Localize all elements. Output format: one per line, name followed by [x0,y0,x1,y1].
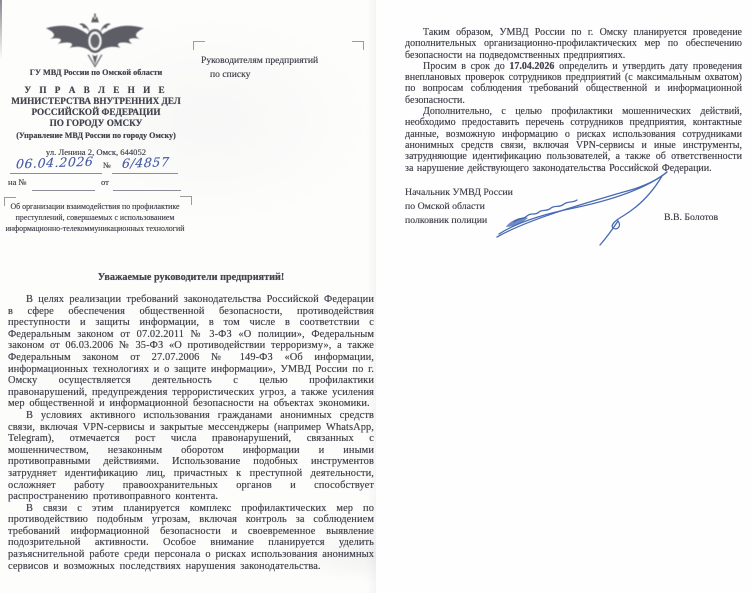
scanned-letter: ГУ МВД России по Омской области У П Р А … [0,0,752,593]
org-name-line2: МИНИСТЕРСТВА ВНУТРЕННИХ ДЕЛ [8,96,184,107]
scan-edge-artifact [0,0,2,60]
handwritten-signature-icon [494,165,686,251]
ref-na-underline [32,189,95,191]
ref-na-label: на № [8,177,27,187]
reg-number-underline [112,172,178,174]
mvd-eagle-emblem-icon [44,13,146,69]
addressee: Руководителям предприятий по списку [201,54,357,81]
addressee-line1: Руководителям предприятий [201,54,357,68]
ref-ot-underline [113,189,181,191]
letterhead: ГУ МВД России по Омской области У П Р А … [8,67,184,158]
body-paragraph-5: Просим в срок до 17.04.2026 определить и… [405,61,742,106]
signer-name: В.В. Болотов [664,212,718,223]
subject-annotation: Об организации взаимодействия по профила… [5,202,185,235]
body-paragraph-3: В связи с этим планируется комплекс проф… [8,503,374,573]
body-paragraph-4: Таким образом, УМВД России по г. Омску п… [405,27,742,61]
letter-body-page-1: В целях реализации требований законодате… [8,294,374,572]
letter-body-page-2: Таким образом, УМВД России по г. Омску п… [405,27,742,174]
org-name-line4: ПО ГОРОДУ ОМСКУ [8,118,184,129]
body-paragraph-1: В целях реализации требований законодате… [8,294,374,410]
org-alt-name: (Управление МВД России по городу Омску) [8,130,184,141]
handwritten-reg-number: 6/4857 [121,154,170,171]
body-paragraph-6: Дополнительно, с целью профилактики моше… [405,106,742,174]
deadline-date: 17.04.2026 [509,61,554,72]
ref-ot-label: от [101,177,109,187]
addressee-corner-mark-right [352,41,364,50]
org-name-line1: У П Р А В Л Е Н И Е [8,85,184,96]
addressee-corner-mark-left [193,41,205,50]
reg-date-underline [10,172,102,174]
addressee-line2: по списку [201,68,357,82]
paragraph5-text-before: Просим в срок до [423,61,509,72]
salutation: Уважаемые руководители предприятий! [8,272,374,283]
parent-org-name: ГУ МВД России по Омской области [8,67,184,78]
org-name-line3: РОССИЙСКОЙ ФЕДЕРАЦИИ [8,107,184,118]
number-sign: № [103,161,111,170]
handwritten-reg-date: 06.04.2026 [15,154,94,172]
body-paragraph-2: В условиях активного использования гражд… [8,410,374,503]
